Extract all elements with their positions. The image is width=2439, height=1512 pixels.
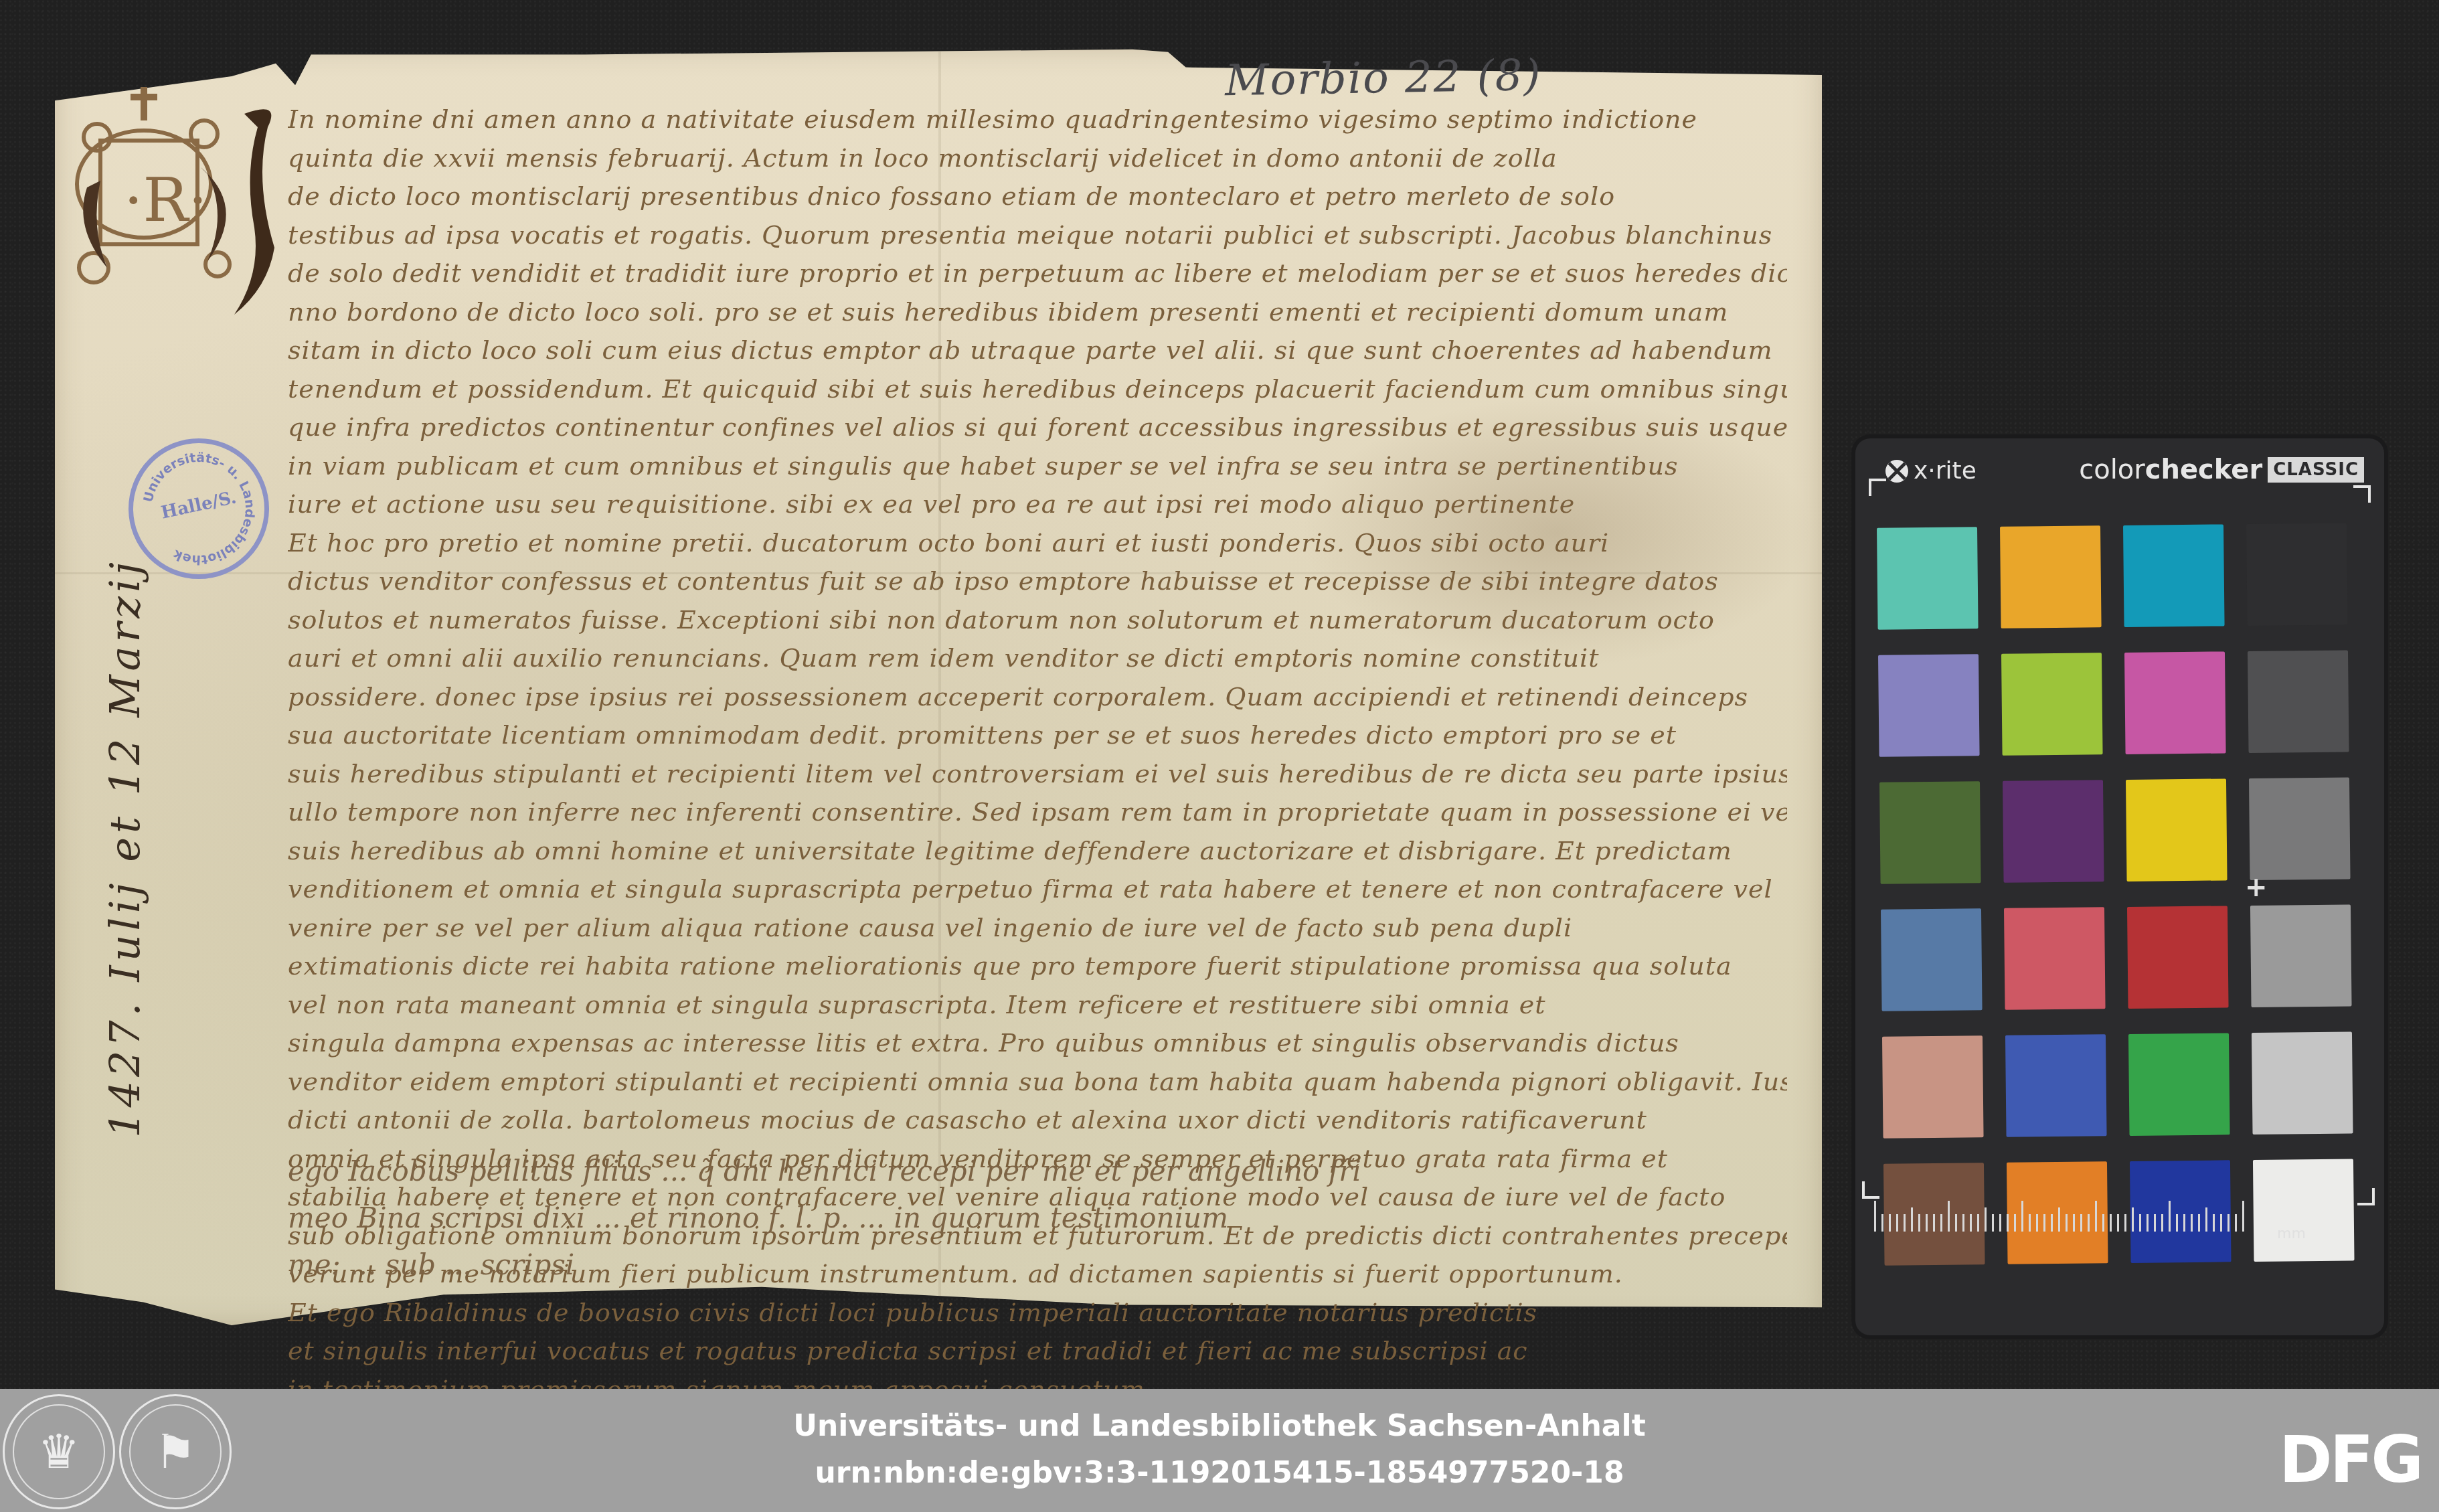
text-line: venditor eidem emptori stipulanti et rec… [288, 1063, 1787, 1102]
color-patch [2003, 780, 2104, 883]
ruler-tick [1955, 1214, 1957, 1232]
ruler-tick [2043, 1214, 2045, 1232]
brand-color-text: color [2079, 454, 2145, 485]
xrite-brand: x·rite [1885, 457, 1977, 485]
dfg-logo: DFG [2279, 1422, 2421, 1497]
text-line: nno bordono de dicto loco soli. pro se e… [288, 293, 1787, 332]
ruler-tick [2014, 1214, 2016, 1232]
text-line: singula dampna expensas ac interesse lit… [288, 1024, 1787, 1063]
ruler-tick [2176, 1214, 2178, 1232]
color-patch [1882, 1035, 1984, 1139]
color-patch [2000, 525, 2102, 628]
shelfmark-annotation: Morbio 22 (8) [1224, 51, 1542, 106]
margin-date-note: 1427. Iulij et 12 Marzij [100, 558, 149, 1138]
text-line: vel non rata maneant omnia et singula su… [288, 986, 1787, 1025]
text-line: de solo dedit vendidit et tradidit iure … [288, 254, 1787, 293]
signature-line: ego Iacobus pellitus filius ... q̃ dni h… [288, 1148, 1787, 1195]
color-patch [1881, 908, 1983, 1011]
signature-line: me: ... sub ... scripsi [288, 1242, 1787, 1288]
text-line: dicti antonii de zolla. bartolomeus moci… [288, 1101, 1787, 1140]
ruler-tick [1962, 1214, 1964, 1232]
text-line: Et ego Ribaldinus de bovasio civis dicti… [288, 1294, 1787, 1333]
color-patch [2252, 1031, 2353, 1135]
library-stamp: Universitäts- u. Landesbibliothek Halle/… [129, 438, 269, 579]
text-line: suis heredibus stipulanti et recipienti … [288, 755, 1787, 794]
brand-checker-text: checker [2145, 454, 2262, 485]
color-patch [2250, 904, 2352, 1007]
ruler-tick [2191, 1214, 2193, 1232]
text-line: possidere. donec ipse ipsius rei possess… [288, 678, 1787, 717]
ruler-tick [1911, 1207, 1913, 1232]
ruler-tick [2161, 1214, 2163, 1232]
color-patch [2004, 907, 2106, 1010]
color-patch [1878, 654, 1980, 757]
ruler-tick [2117, 1214, 2119, 1232]
text-line: et singulis interfui vocatus et rogatus … [288, 1332, 1787, 1371]
ruler-tick [1918, 1214, 1920, 1232]
text-line: iure et actione usu seu requisitione. si… [288, 485, 1787, 524]
ruler-tick [1904, 1214, 1906, 1232]
text-line: dictus venditor confessus et contentus f… [288, 562, 1787, 601]
color-patch [2249, 777, 2351, 880]
text-line: solutos et numeratos fuisse. Exceptioni … [288, 601, 1787, 640]
color-patch [2126, 778, 2227, 881]
text-line: tenendum et possidendum. Et quicquid sib… [288, 370, 1787, 409]
xrite-logo-icon [1885, 460, 1908, 483]
color-checker-card: x·rite color checker CLASSIC + mm [1855, 438, 2384, 1335]
text-line: auri et omni alii auxilio renuncians. Qu… [288, 639, 1787, 678]
ruler-tick [1977, 1214, 1979, 1232]
ruler-tick [2139, 1214, 2141, 1232]
ruler-tick [2132, 1207, 2134, 1232]
ruler-tick [2198, 1214, 2200, 1232]
ruler-tick [1896, 1214, 1898, 1232]
ruler-tick [2021, 1201, 2023, 1232]
svg-text:·R·: ·R· [124, 165, 207, 236]
ruler-tick [2235, 1214, 2237, 1232]
ruler-tick [1940, 1214, 1942, 1232]
ruler-tick [2080, 1214, 2082, 1232]
ruler-tick [2102, 1214, 2104, 1232]
ruler-tick [1874, 1201, 1876, 1232]
ruler-tick [2220, 1214, 2222, 1232]
ruler-tick [2242, 1201, 2244, 1232]
ruler-tick [1970, 1214, 1972, 1232]
color-patch [2128, 1033, 2230, 1136]
text-line: de dicto loco montisclarij presentibus d… [288, 177, 1787, 216]
crosshair-icon: + [2245, 872, 2268, 903]
ruler-tick [1889, 1214, 1891, 1232]
text-line: sua auctoritate licentiam omnimodam dedi… [288, 716, 1787, 755]
text-line: extimationis dicte rei habita ratione me… [288, 947, 1787, 986]
text-line: quinta die xxvii mensis februarij. Actum… [288, 139, 1787, 178]
ruler-tick [1926, 1214, 1928, 1232]
institution-name: Universitäts- und Landesbibliothek Sachs… [0, 1409, 2439, 1443]
xrite-wordmark: x·rite [1914, 457, 1977, 485]
color-patch [1877, 527, 1979, 630]
corner-mark-icon [1869, 479, 1886, 496]
signature-line: meo Bina scripsi dixi ... et rinono f. l… [288, 1195, 1787, 1242]
text-line: venire per se vel per alium aliqua ratio… [288, 909, 1787, 948]
ruler-tick [1881, 1214, 1883, 1232]
text-line: venditionem et omnia et singula suprascr… [288, 870, 1787, 909]
color-patch-grid [1877, 523, 2373, 1266]
ruler-tick [2029, 1214, 2031, 1232]
ruler-tick [1985, 1207, 1987, 1232]
ruler-tick [1999, 1214, 2001, 1232]
classic-badge: CLASSIC [2268, 457, 2364, 483]
footer-bar: ♛ ⚑ Universitäts- und Landesbibliothek S… [0, 1389, 2439, 1512]
color-patch [2246, 523, 2348, 626]
text-line: in viam publicam et cum omnibus et singu… [288, 447, 1787, 486]
ruler-tick [2183, 1214, 2185, 1232]
text-line: que infra predictos continentur confines… [288, 408, 1787, 447]
color-patch [2248, 650, 2349, 753]
ruler-tick [2169, 1201, 2171, 1232]
corner-mark-icon [1862, 1181, 1879, 1199]
ruler-tick [2154, 1214, 2156, 1232]
ruler-tick [2147, 1214, 2149, 1232]
ruler-tick [1992, 1214, 1994, 1232]
color-patch [1879, 781, 1981, 884]
ruler-tick [1933, 1214, 1935, 1232]
color-patch [2124, 651, 2226, 754]
text-line: In nomine dni amen anno a nativitate eiu… [288, 100, 1787, 139]
ruler-tick [2066, 1214, 2068, 1232]
ruler-tick [2058, 1207, 2060, 1232]
notarial-monogram-icon: ·R· [67, 74, 295, 341]
ruler-tick [2051, 1214, 2053, 1232]
color-patch [2005, 1034, 2107, 1137]
text-line: sitam in dicto loco soli cum eius dictus… [288, 331, 1787, 370]
color-patch [2127, 906, 2229, 1009]
ruler-tick [2007, 1214, 2009, 1232]
ruler-tick [2036, 1214, 2038, 1232]
ruler-tick [2205, 1207, 2207, 1232]
text-line: ullo tempore non inferre nec inferenti c… [288, 793, 1787, 832]
urn-identifier: urn:nbn:de:gbv:3:3-1192015415-1854977520… [0, 1456, 2439, 1490]
ruler-tick [2124, 1214, 2126, 1232]
text-line: testibus ad ipsa vocatis et rogatis. Quo… [288, 216, 1787, 255]
mm-ruler [1874, 1198, 2289, 1232]
ruler-tick [2213, 1214, 2215, 1232]
color-patch [2123, 524, 2225, 627]
corner-mark-icon [2353, 485, 2371, 503]
colorchecker-brand: color checker CLASSIC [2079, 454, 2364, 485]
ruler-tick [2110, 1214, 2112, 1232]
ruler-tick [2088, 1214, 2090, 1232]
ruler-tick [1948, 1201, 1950, 1232]
ruler-tick [2095, 1201, 2097, 1232]
text-line: suis heredibus ab omni homine et univers… [288, 832, 1787, 871]
color-patch [2001, 653, 2103, 756]
ruler-tick [2073, 1214, 2075, 1232]
text-line: Et hoc pro pretio et nomine pretii. duca… [288, 524, 1787, 563]
ruler-unit-label: mm [2277, 1226, 2306, 1242]
notary-subscription: ego Iacobus pellitus filius ... q̃ dni h… [288, 1148, 1787, 1288]
ruler-tick [2227, 1214, 2230, 1232]
